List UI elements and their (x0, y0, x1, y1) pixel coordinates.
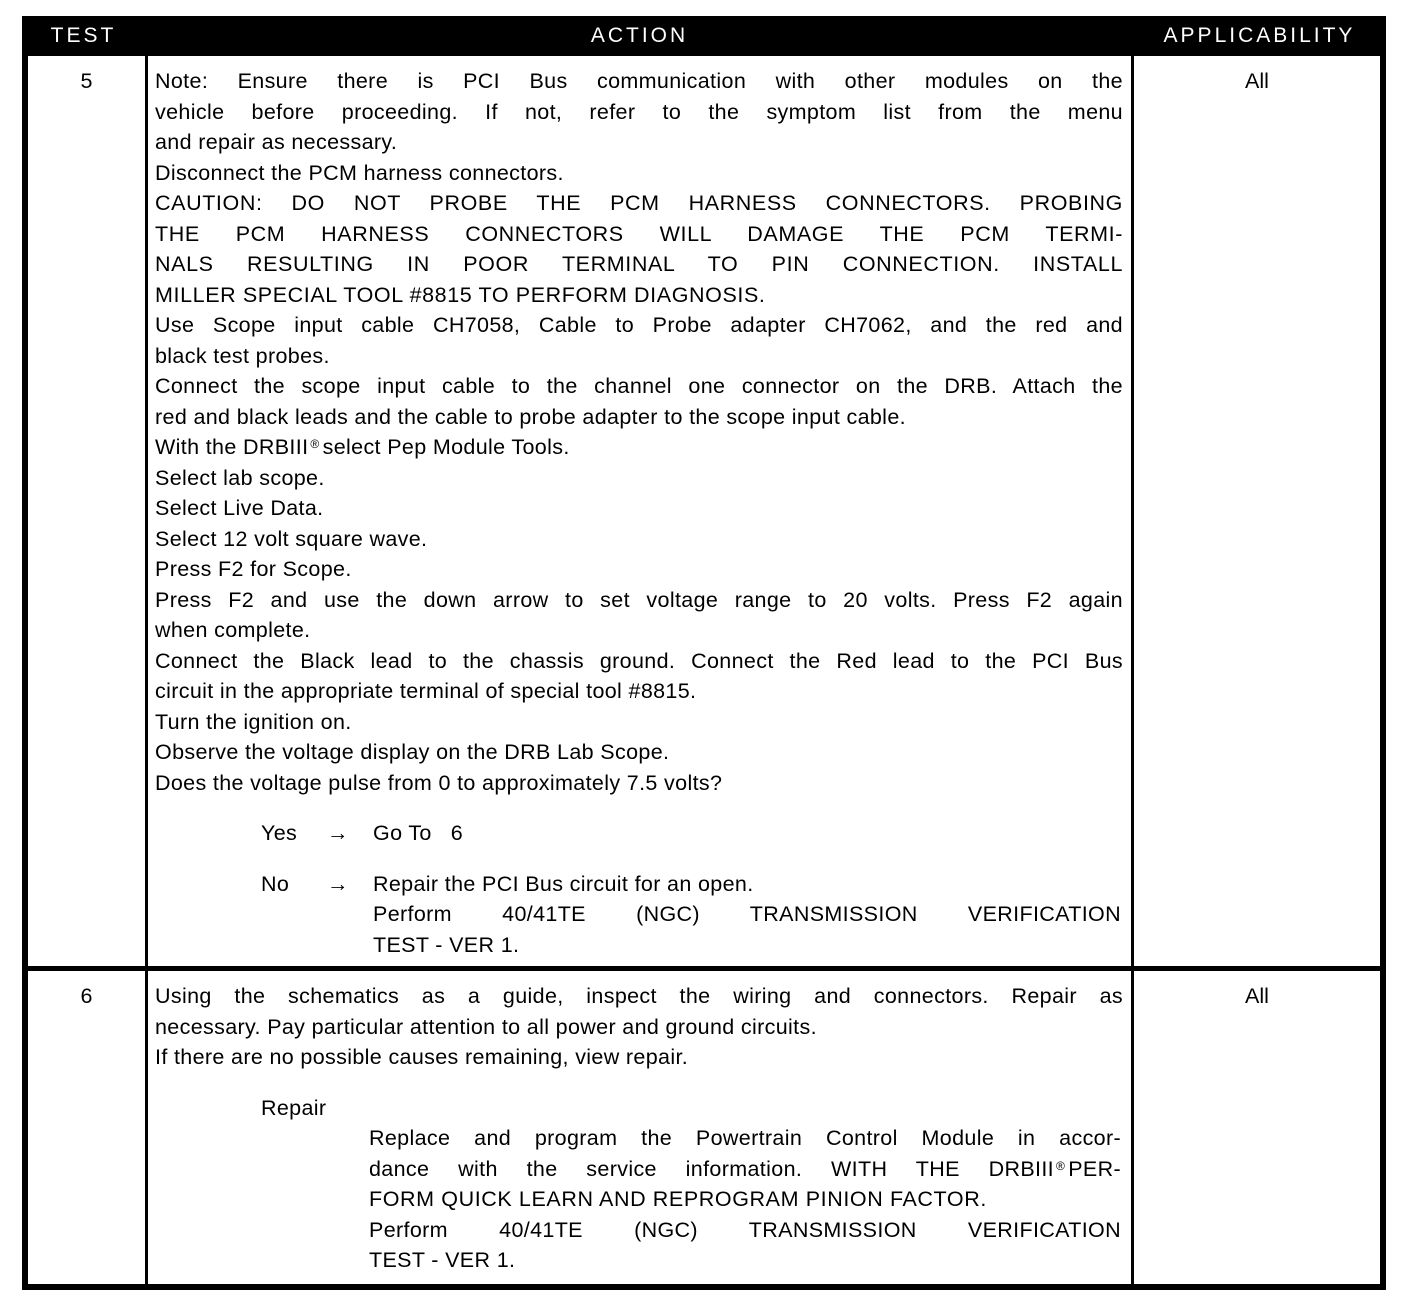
repair-line-part: dance with the service information. WITH… (369, 1157, 1054, 1181)
action-line: Turn the ignition on. (155, 707, 1123, 738)
test-number: 6 (28, 971, 145, 1012)
action-line: when complete. (155, 615, 1123, 646)
action-line: circuit in the appropriate terminal of s… (155, 676, 1123, 707)
registered-mark: ® (310, 437, 319, 451)
table-header: TEST ACTION APPLICABILITY (22, 16, 1386, 56)
action-line: Select lab scope. (155, 463, 1123, 494)
action-cell: Note: Ensure there is PCI Bus communicat… (148, 56, 1131, 966)
branch-no: No → Repair the PCI Bus circuit for an o… (261, 869, 1123, 961)
test-number-cell: 6 (28, 971, 145, 1284)
header-test: TEST (22, 23, 145, 49)
test-number-cell: 5 (28, 56, 145, 966)
action-line: vehicle before proceeding. If not, refer… (155, 97, 1123, 128)
action-line: Using the schematics as a guide, inspect… (155, 981, 1123, 1012)
branch-label-yes: Yes (261, 818, 311, 849)
header-action: ACTION (148, 23, 1131, 49)
drbiii-text: With the DRBIII (155, 435, 308, 459)
branch-label-no: No (261, 869, 311, 900)
action-line: Disconnect the PCM harness connectors. (155, 158, 1123, 189)
branch-result-line: Perform 40/41TE (NGC) TRANSMISSION VERIF… (373, 899, 1121, 930)
arrow-right-icon: → (327, 818, 349, 849)
header-applicability: APPLICABILITY (1133, 23, 1386, 49)
caution-line: NALS RESULTING IN POOR TERMINAL TO PIN C… (155, 249, 1123, 280)
caution-line: THE PCM HARNESS CONNECTORS WILL DAMAGE T… (155, 219, 1123, 250)
diagnostic-test-table: TEST ACTION APPLICABILITY 5 Note: Ensure… (22, 16, 1386, 1290)
registered-mark: ® (1056, 1159, 1065, 1173)
caution-line: CAUTION: DO NOT PROBE THE PCM HARNESS CO… (155, 188, 1123, 219)
repair-line: dance with the service information. WITH… (369, 1154, 1121, 1185)
branch-result-line: Repair the PCI Bus circuit for an open. (373, 869, 1121, 900)
action-line: Connect the scope input cable to the cha… (155, 371, 1123, 402)
action-line: necessary. Pay particular attention to a… (155, 1012, 1123, 1043)
test-number: 5 (28, 56, 145, 97)
action-line: With the DRBIII®select Pep Module Tools. (155, 432, 1123, 463)
action-line: Connect the Black lead to the chassis gr… (155, 646, 1123, 677)
action-line: red and black leads and the cable to pro… (155, 402, 1123, 433)
action-line: Select Live Data. (155, 493, 1123, 524)
action-line: If there are no possible causes remainin… (155, 1042, 1123, 1073)
action-line: Press F2 and use the down arrow to set v… (155, 585, 1123, 616)
action-line: Note: Ensure there is PCI Bus communicat… (155, 66, 1123, 97)
action-line: Press F2 for Scope. (155, 554, 1123, 585)
repair-title: Repair (261, 1093, 1123, 1124)
action-line: black test probes. (155, 341, 1123, 372)
repair-line-part: PER- (1068, 1157, 1121, 1181)
applicability-value: All (1134, 971, 1380, 1012)
repair-line: Perform 40/41TE (NGC) TRANSMISSION VERIF… (369, 1215, 1121, 1246)
branch-yes: Yes → Go To 6 (261, 818, 1123, 849)
repair-line: TEST - VER 1. (369, 1245, 1121, 1276)
action-line: Select 12 volt square wave. (155, 524, 1123, 555)
action-line: Observe the voltage display on the DRB L… (155, 737, 1123, 768)
action-cell: Using the schematics as a guide, inspect… (148, 971, 1131, 1284)
repair-block: Repair Replace and program the Powertrai… (261, 1093, 1123, 1276)
applicability-cell: All (1134, 56, 1380, 966)
goto-link[interactable]: Go To 6 (373, 818, 1121, 849)
action-line: and repair as necessary. (155, 127, 1123, 158)
question-line: Does the voltage pulse from 0 to approxi… (155, 768, 1123, 799)
applicability-value: All (1134, 56, 1380, 97)
branch-result-line: TEST - VER 1. (373, 930, 1121, 961)
repair-line: FORM QUICK LEARN AND REPROGRAM PINION FA… (369, 1184, 1121, 1215)
caution-line: MILLER SPECIAL TOOL #8815 TO PERFORM DIA… (155, 280, 1123, 311)
action-line: Use Scope input cable CH7058, Cable to P… (155, 310, 1123, 341)
arrow-right-icon: → (327, 869, 349, 900)
applicability-cell: All (1134, 971, 1380, 1284)
repair-line: Replace and program the Powertrain Contr… (369, 1123, 1121, 1154)
drbiii-text-rest: select Pep Module Tools. (323, 435, 570, 459)
